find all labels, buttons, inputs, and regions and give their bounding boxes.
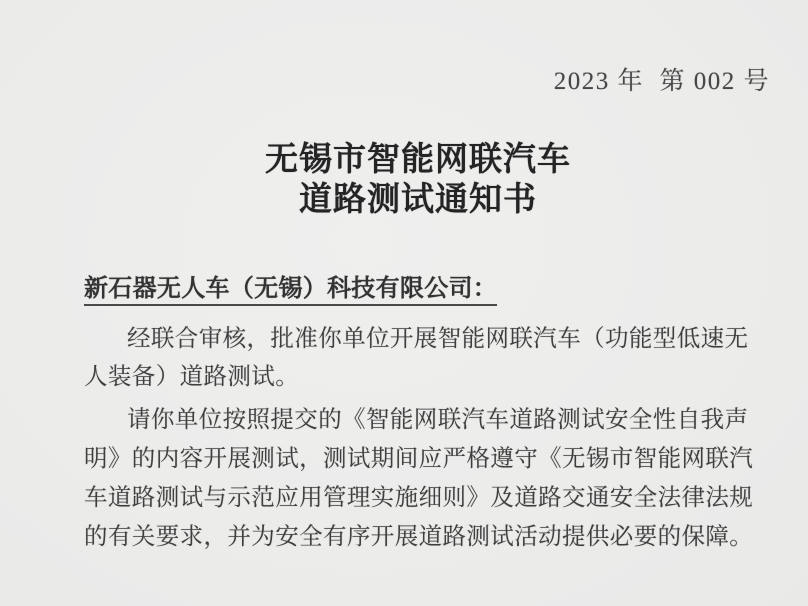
paragraph-approval-line1: 经联合审核，批准你单位开展智能网联汽车（功能型低速无 (84, 321, 752, 359)
paragraph-approval: 经联合审核，批准你单位开展智能网联汽车（功能型低速无 人装备）道路测试。 (84, 321, 752, 396)
paragraph-requirements-line2: 明》的内容开展测试，测试期间应严格遵守《无锡市智能网联汽 (84, 440, 752, 479)
document-title-line2: 道路测试通知书 (84, 180, 752, 220)
addressee-line: 新石器无人车（无锡）科技有限公司： (84, 274, 497, 306)
paragraph-requirements-line1: 请你单位按照提交的《智能网联汽车道路测试安全性自我声 (84, 401, 752, 440)
paragraph-requirements-line4: 的有关要求，并为安全有序开展道路测试活动提供必要的保障。 (84, 518, 752, 557)
scanned-notice-page: { "document": { "background_color": "#ec… (0, 0, 808, 606)
paragraph-requirements: 请你单位按照提交的《智能网联汽车道路测试安全性自我声 明》的内容开展测试，测试期… (84, 401, 752, 557)
issue-number: 2023 年 第 002 号 (554, 66, 770, 98)
paragraph-approval-line2: 人装备）道路测试。 (84, 359, 752, 397)
paragraph-requirements-line3: 车道路测试与示范应用管理实施细则》及道路交通安全法律法规 (84, 479, 752, 518)
document-title: 无锡市智能网联汽车 道路测试通知书 (84, 140, 752, 220)
addressee-company-name: 新石器无人车（无锡）科技有限公司： (84, 274, 497, 306)
document-title-line1: 无锡市智能网联汽车 (84, 140, 752, 180)
document-scan: 2023 年 第 002 号 无锡市智能网联汽车 道路测试通知书 新石器无人车（… (0, 0, 808, 606)
